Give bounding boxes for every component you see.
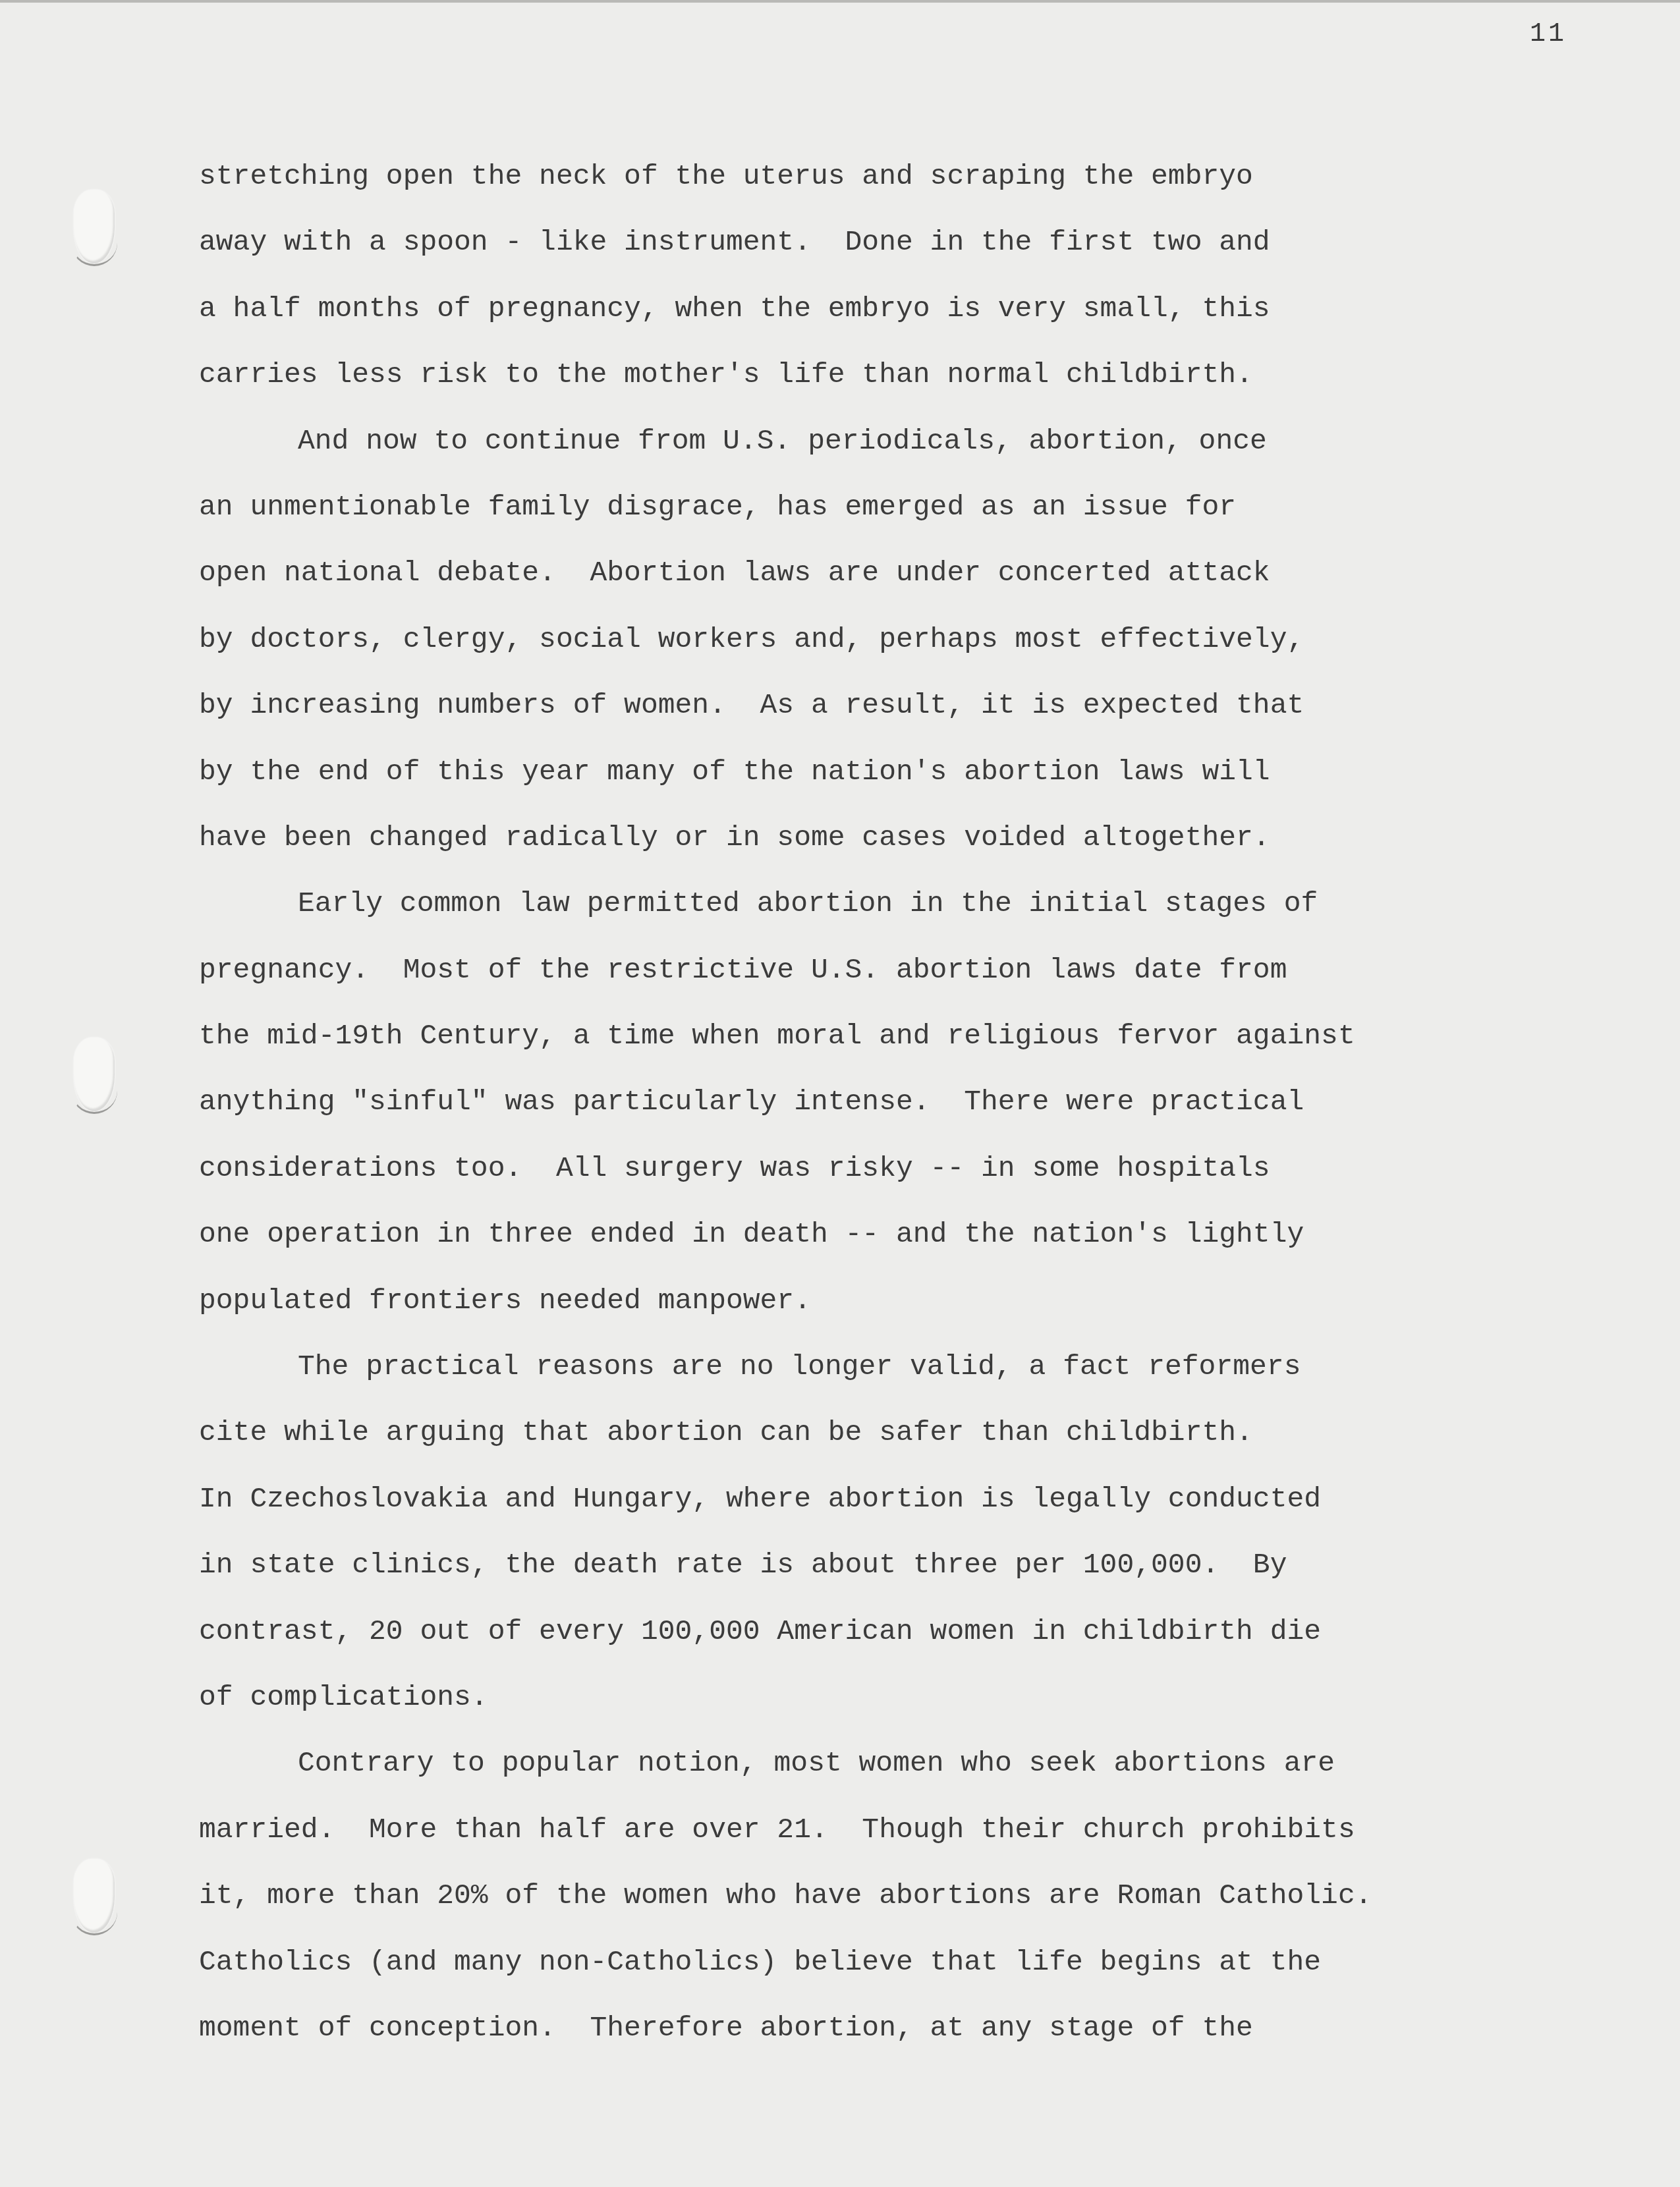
paragraph: Contrary to popular notion, most women w…: [199, 1730, 1596, 2061]
text-line: stretching open the neck of the uterus a…: [199, 144, 1596, 209]
text-line: pregnancy. Most of the restrictive U.S. …: [199, 937, 1596, 1003]
binder-hole-bottom: [74, 1859, 115, 1933]
text-line: a half months of pregnancy, when the emb…: [199, 276, 1596, 342]
document-page: 11 stretching open the neck of the uteru…: [0, 0, 1680, 2187]
text-line: by increasing numbers of women. As a res…: [199, 673, 1596, 738]
text-line: considerations too. All surgery was risk…: [199, 1136, 1596, 1202]
text-line: Contrary to popular notion, most women w…: [199, 1730, 1596, 1796]
text-line: married. More than half are over 21. Tho…: [199, 1797, 1596, 1863]
text-line: it, more than 20% of the women who have …: [199, 1863, 1596, 1929]
paragraph: The practical reasons are no longer vali…: [199, 1334, 1596, 1730]
paragraph: And now to continue from U.S. periodical…: [199, 408, 1596, 872]
page-number: 11: [1530, 20, 1567, 49]
text-line: an unmentionable family disgrace, has em…: [199, 474, 1596, 540]
text-line: by doctors, clergy, social workers and, …: [199, 607, 1596, 673]
binder-hole-top: [74, 190, 115, 263]
text-line: carries less risk to the mother's life t…: [199, 342, 1596, 408]
text-line: Early common law permitted abortion in t…: [199, 871, 1596, 937]
text-line: by the end of this year many of the nati…: [199, 739, 1596, 805]
text-line: have been changed radically or in some c…: [199, 805, 1596, 871]
text-line: contrast, 20 out of every 100,000 Americ…: [199, 1599, 1596, 1665]
body-text: stretching open the neck of the uterus a…: [199, 144, 1596, 2061]
text-line: Catholics (and many non-Catholics) belie…: [199, 1929, 1596, 1995]
text-line: populated frontiers needed manpower.: [199, 1268, 1596, 1334]
page-top-edge: [0, 0, 1680, 3]
text-line: moment of conception. Therefore abortion…: [199, 1995, 1596, 2061]
binder-hole-middle: [74, 1038, 115, 1111]
text-line: in state clinics, the death rate is abou…: [199, 1532, 1596, 1598]
text-line: one operation in three ended in death --…: [199, 1202, 1596, 1267]
text-line: In Czechoslovakia and Hungary, where abo…: [199, 1466, 1596, 1532]
text-line: the mid-19th Century, a time when moral …: [199, 1003, 1596, 1069]
text-line: away with a spoon - like instrument. Don…: [199, 209, 1596, 275]
paragraph: Early common law permitted abortion in t…: [199, 871, 1596, 1334]
text-line: And now to continue from U.S. periodical…: [199, 408, 1596, 474]
text-line: cite while arguing that abortion can be …: [199, 1400, 1596, 1466]
text-line: anything "sinful" was particularly inten…: [199, 1069, 1596, 1135]
text-line: open national debate. Abortion laws are …: [199, 540, 1596, 606]
paragraph: stretching open the neck of the uterus a…: [199, 144, 1596, 408]
text-line: The practical reasons are no longer vali…: [199, 1334, 1596, 1400]
text-line: of complications.: [199, 1665, 1596, 1730]
